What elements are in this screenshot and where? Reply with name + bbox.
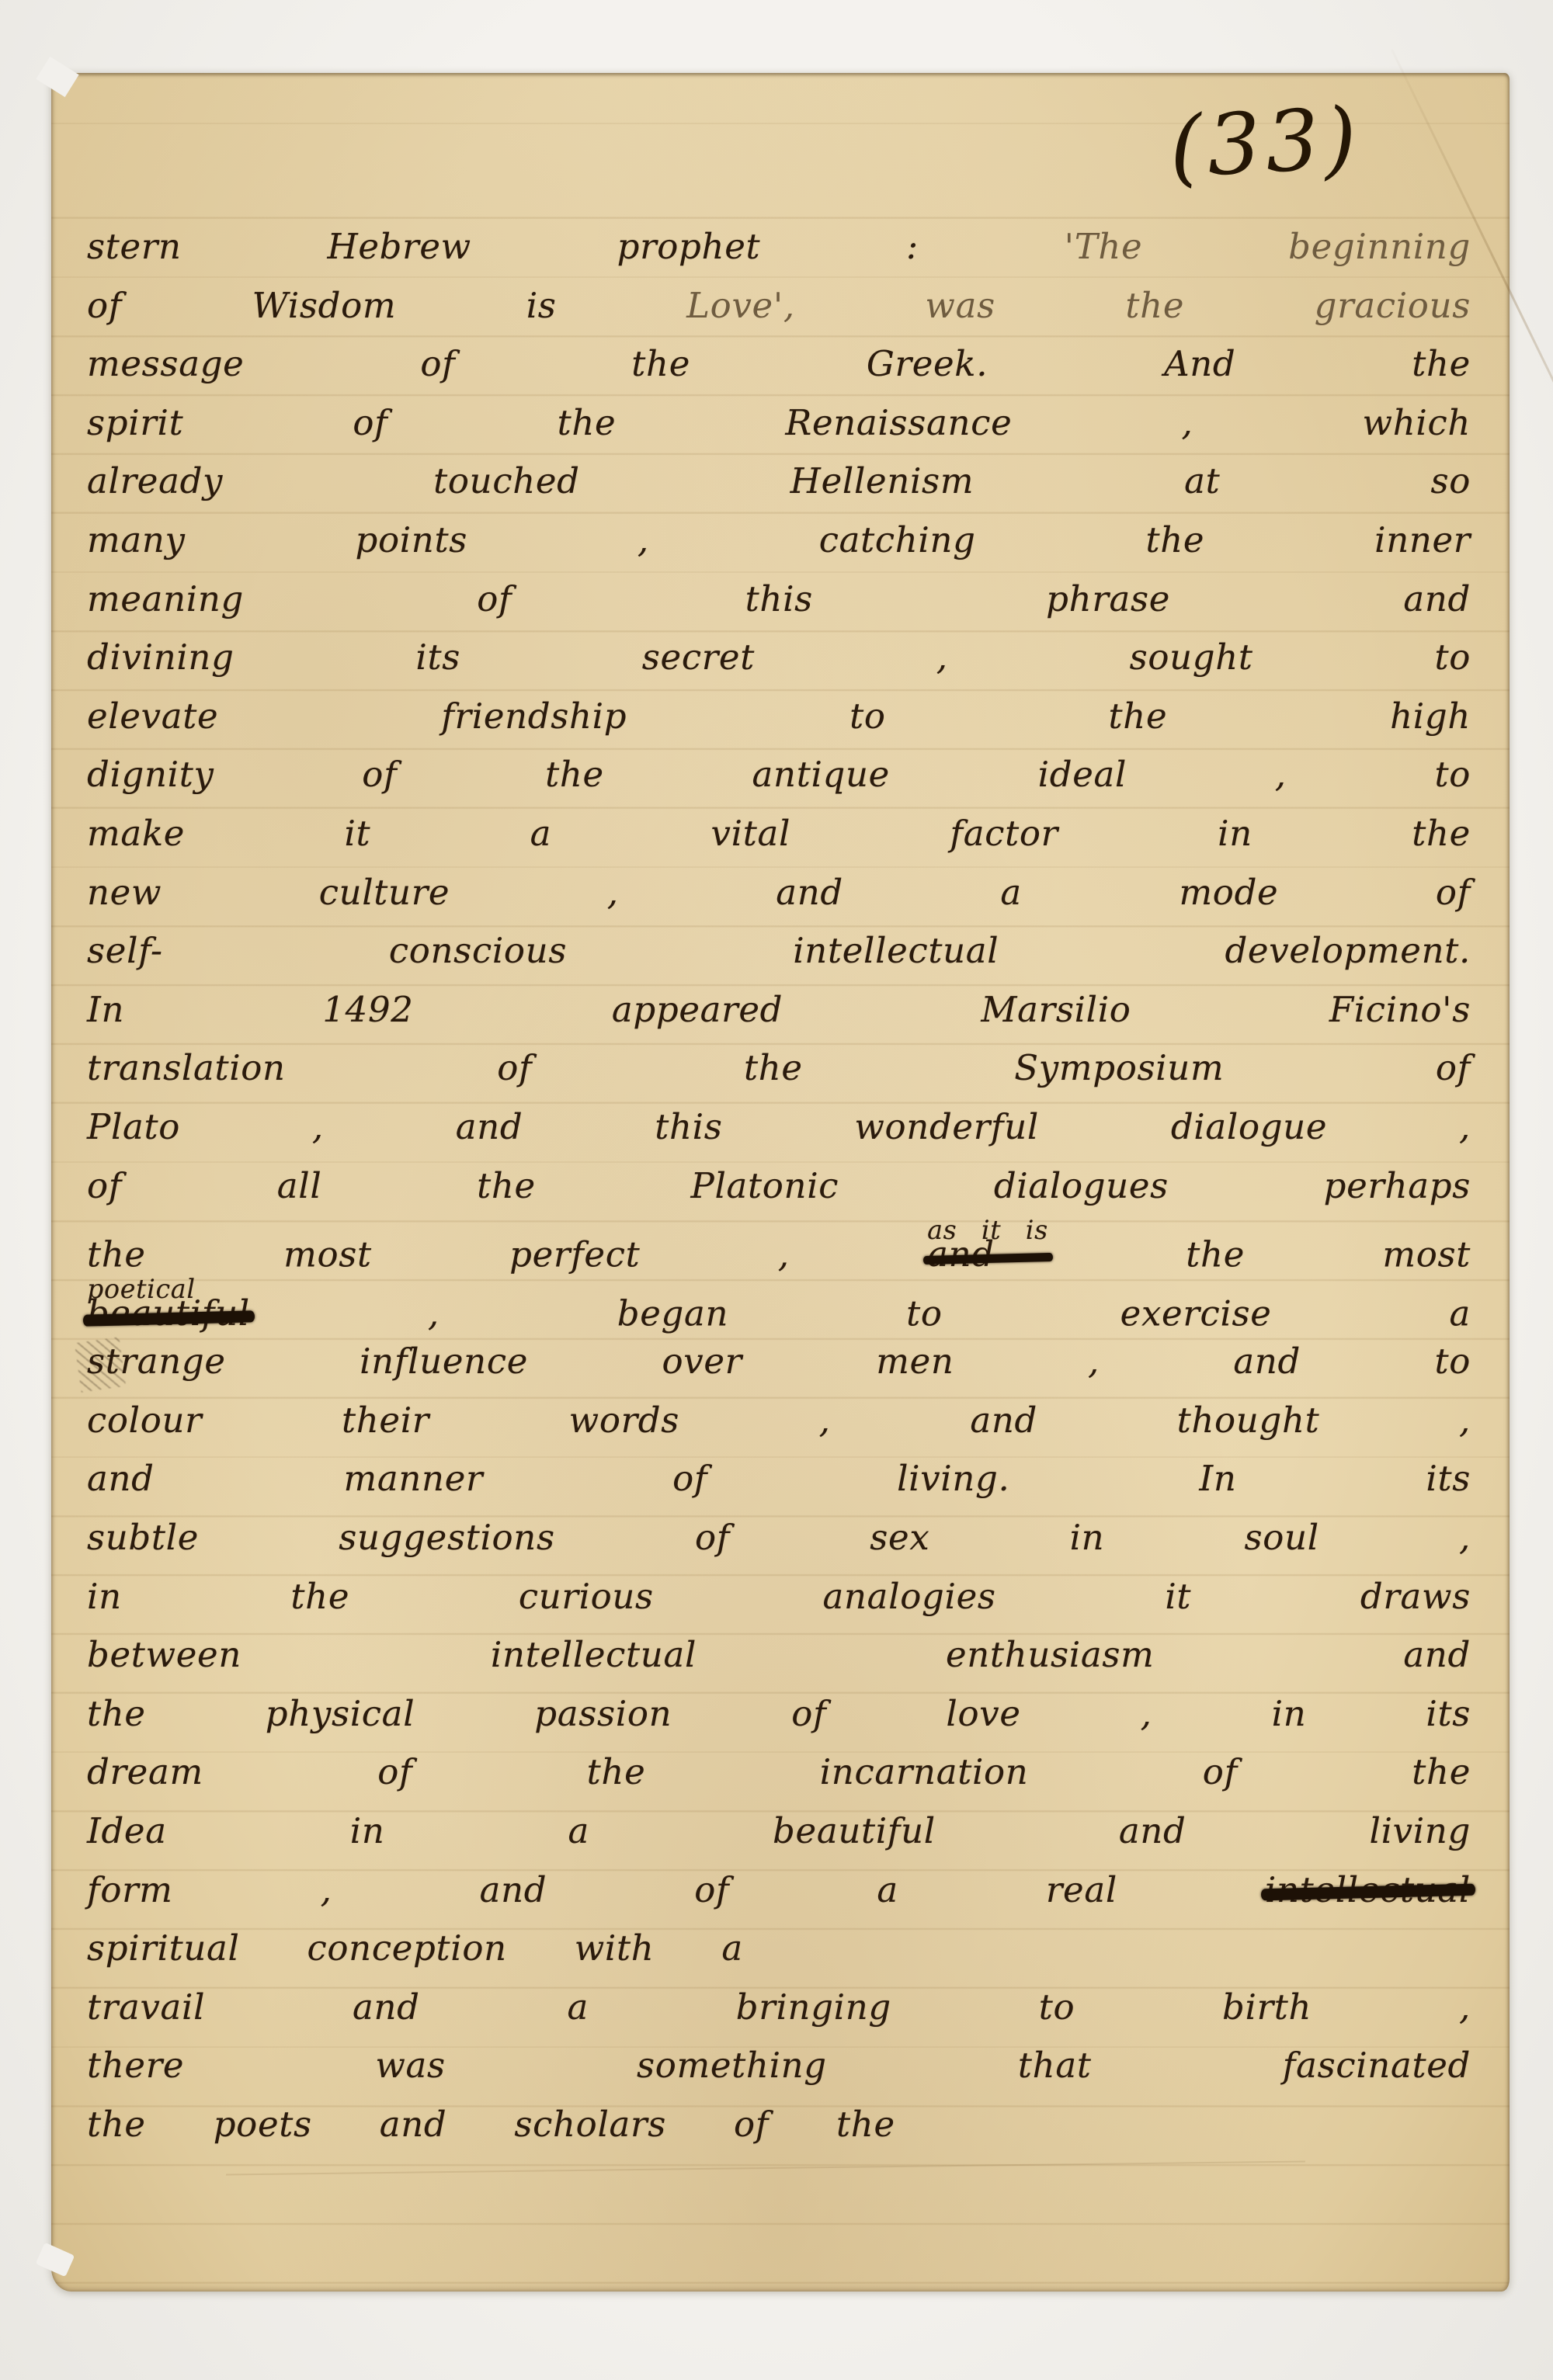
manuscript-text: and manner of living. In its	[87, 1458, 1471, 1499]
manuscript-text: self- conscious intellectual development…	[87, 930, 1471, 971]
manuscript-text: of Wisdom is	[87, 285, 557, 326]
manuscript-line: Idea in a beautiful and living	[87, 1802, 1471, 1861]
manuscript-line: in the curious analogies it draws	[87, 1567, 1471, 1626]
manuscript-line: strange influence over men , and to	[87, 1332, 1471, 1391]
manuscript-text: there was something that fascinated	[87, 2045, 1471, 2086]
correction-stack: as it isand	[927, 1215, 1048, 1272]
manuscript-text: the most perfect ,	[87, 1233, 790, 1275]
manuscript-line: spirit of the Renaissance , which	[87, 394, 1471, 453]
manuscript-line: message of the Greek. And the	[87, 335, 1471, 394]
manuscript-line: elevate friendship to the high	[87, 687, 1471, 746]
manuscript-line: and manner of living. In its	[87, 1449, 1471, 1508]
manuscript-line: In 1492 appeared Marsilio Ficino's	[87, 980, 1471, 1039]
manuscript-text: Plato , and this wonderful dialogue ,	[87, 1106, 1471, 1147]
manuscript-text: subtle suggestions of sex in soul ,	[87, 1517, 1471, 1558]
manuscript-line: many points , catching the inner	[87, 511, 1471, 570]
manuscript-text: meaning of this phrase and	[87, 578, 1471, 619]
manuscript-text: dignity of the antique ideal , to	[87, 754, 1471, 795]
paper-corner-cut	[36, 57, 78, 97]
manuscript-text: stern Hebrew prophet :	[87, 226, 919, 267]
manuscript-line: the most perfect , as it isand the most	[87, 1215, 1471, 1274]
manuscript-line: new culture , and a mode of	[87, 863, 1471, 922]
manuscript-text: In 1492 appeared Marsilio Ficino's	[87, 989, 1471, 1030]
manuscript-line: travail and a bringing to birth ,	[87, 1978, 1471, 2037]
manuscript-text: the poets and scholars of the	[87, 2104, 895, 2145]
manuscript-line: form , and of a real intellectual	[87, 1861, 1471, 1920]
manuscript-line: dream of the incarnation of the	[87, 1743, 1471, 1802]
manuscript-text: already touched Hellenism at so	[87, 460, 1471, 501]
strikethrough-text: intellectual	[1265, 1869, 1471, 1910]
manuscript-text: the most	[1186, 1233, 1471, 1275]
scan-background: (33) stern Hebrew prophet : 'The beginni…	[0, 0, 1553, 2380]
manuscript-text: between intellectual enthusiasm and	[87, 1634, 1471, 1675]
manuscript-text: divining its secret , sought to	[87, 637, 1471, 678]
manuscript-line: poeticalbeautiful , began to exercise a	[87, 1274, 1471, 1333]
manuscript-line: make it a vital factor in the	[87, 804, 1471, 863]
manuscript-line: colour their words , and thought ,	[87, 1391, 1471, 1450]
manuscript-text: elevate friendship to the high	[87, 696, 1471, 737]
manuscript-line: the physical passion of love , in its	[87, 1684, 1471, 1743]
strikethrough-text: beautiful	[87, 1296, 250, 1331]
manuscript-text: make it a vital factor in the	[87, 813, 1471, 854]
manuscript-line: already touched Hellenism at so	[87, 452, 1471, 511]
correction-stack: poeticalbeautiful	[87, 1274, 250, 1331]
manuscript-text: colour their words , and thought ,	[87, 1400, 1471, 1441]
manuscript-text: spirit of the Renaissance , which	[87, 402, 1471, 443]
manuscript-line: divining its secret , sought to	[87, 628, 1471, 687]
manuscript-text: Idea in a beautiful and living	[87, 1810, 1471, 1851]
manuscript-text: 'The beginning	[1065, 226, 1471, 267]
manuscript-line: dignity of the antique ideal , to	[87, 745, 1471, 804]
manuscript-text: spiritual conception with a	[87, 1927, 743, 1969]
manuscript-text: many points , catching the inner	[87, 519, 1471, 560]
manuscript-text: of all the Platonic dialogues perhaps	[87, 1165, 1471, 1206]
manuscript-line: translation of the Symposium of	[87, 1039, 1471, 1098]
manuscript-text: Love', was the gracious	[686, 285, 1471, 326]
manuscript-line: the poets and scholars of the	[87, 2095, 1471, 2154]
manuscript-line: meaning of this phrase and	[87, 570, 1471, 629]
manuscript-line: Plato , and this wonderful dialogue ,	[87, 1098, 1471, 1157]
manuscript-line: subtle suggestions of sex in soul ,	[87, 1508, 1471, 1567]
manuscript-line: self- conscious intellectual development…	[87, 921, 1471, 980]
manuscript-line: there was something that fascinated	[87, 2036, 1471, 2095]
manuscript-line: stern Hebrew prophet : 'The beginning	[87, 217, 1471, 276]
manuscript-text: translation of the Symposium of	[87, 1047, 1471, 1088]
manuscript-text: dream of the incarnation of the	[87, 1751, 1471, 1792]
manuscript-lines: stern Hebrew prophet : 'The beginning of…	[87, 217, 1471, 2154]
manuscript-line: spiritual conception with a	[87, 1919, 1471, 1978]
manuscript-line: of Wisdom is Love', was the gracious	[87, 276, 1471, 335]
manuscript-text: message of the Greek. And the	[87, 343, 1471, 384]
manuscript-text: the physical passion of love , in its	[87, 1693, 1471, 1734]
manuscript-page: (33) stern Hebrew prophet : 'The beginni…	[51, 73, 1510, 2292]
paper-bottom-crease	[226, 2161, 1305, 2176]
manuscript-line: between intellectual enthusiasm and	[87, 1625, 1471, 1684]
manuscript-line: of all the Platonic dialogues perhaps	[87, 1157, 1471, 1216]
manuscript-text: , began to exercise a	[428, 1292, 1471, 1334]
manuscript-text: form , and of a real	[87, 1869, 1117, 1910]
manuscript-text: new culture , and a mode of	[87, 872, 1471, 913]
manuscript-text: travail and a bringing to birth ,	[87, 1986, 1471, 2028]
manuscript-text: strange influence over men , and to	[87, 1341, 1471, 1382]
manuscript-text: in the curious analogies it draws	[87, 1576, 1471, 1617]
page-number: (33)	[1167, 90, 1364, 197]
strikethrough-text: and	[927, 1237, 1048, 1272]
paper-corner-chip	[36, 2243, 75, 2277]
